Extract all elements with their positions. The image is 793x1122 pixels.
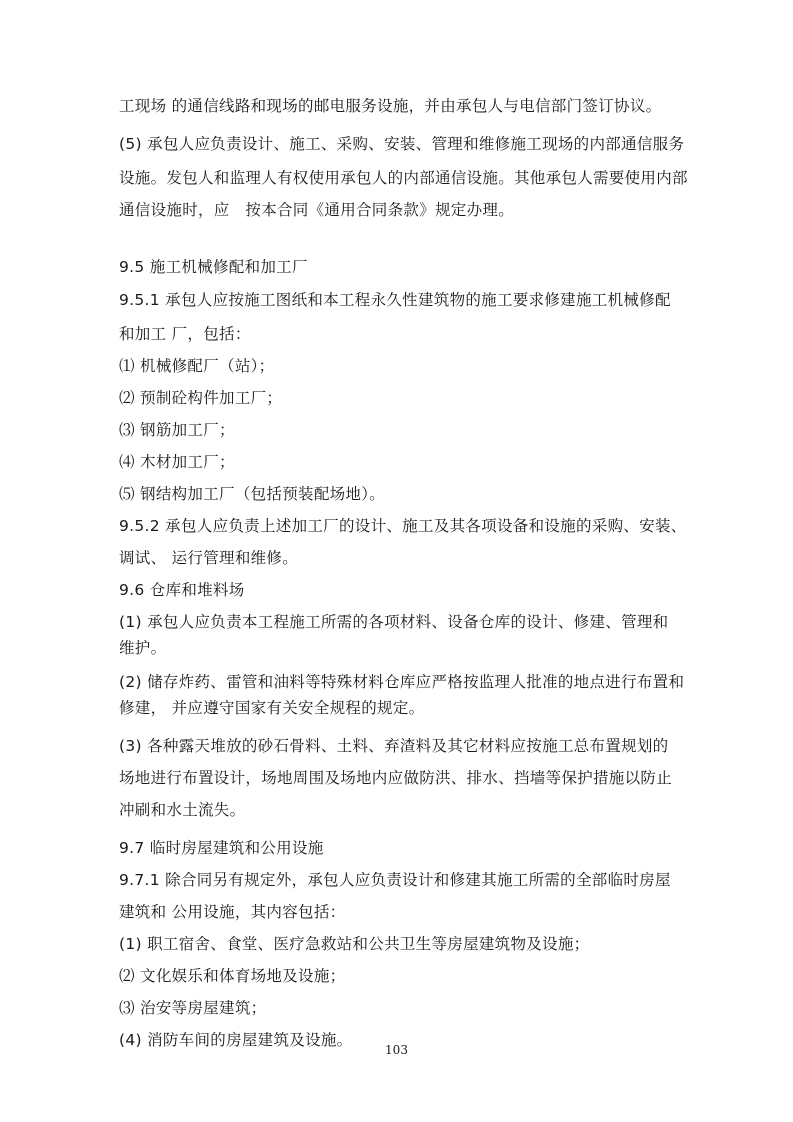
text-line: 9.7 临时房屋建筑和公用设施 bbox=[119, 838, 324, 858]
text-line: 通信设施时，应 按本合同《通用合同条款》规定办理。 bbox=[119, 200, 514, 220]
text-line: (3) 各种露天堆放的砂石骨料、土料、弃渣料及其它材料应按施工总布置规划的 bbox=[119, 736, 669, 756]
text-line: 设施。发包人和监理人有权使用承包人的内部通信设施。其他承包人需要使用内部 bbox=[119, 168, 688, 188]
text-line: ⑶ 钢筋加工厂； bbox=[119, 420, 235, 440]
text-line: ⑵ 预制砼构件加工厂； bbox=[119, 388, 282, 408]
text-line: (5) 承包人应负责设计、施工、采购、安装、管理和维修施工现场的内部通信服务 bbox=[119, 134, 684, 154]
text-line: 9.7.1 除合同另有规定外，承包人应负责设计和修建其施工所需的全部临时房屋 bbox=[119, 870, 671, 890]
text-line: (1) 职工宿舍、食堂、医疗急救站和公共卫生等房屋建筑物及设施； bbox=[119, 934, 590, 954]
page-number: 103 bbox=[0, 1043, 793, 1057]
text-line: ⑶ 治安等房屋建筑； bbox=[119, 998, 266, 1018]
text-line: (1) 承包人应负责本工程施工所需的各项材料、设备仓库的设计、修建、管理和 bbox=[119, 612, 669, 632]
text-line: ⑵ 文化娱乐和体育场地及设施； bbox=[119, 966, 345, 986]
text-line: 工现场 的通信线路和现场的邮电服务设施，并由承包人与电信部门签订协议。 bbox=[119, 96, 661, 116]
text-line: 9.5.1 承包人应按施工图纸和本工程永久性建筑物的施工要求修建施工机械修配 bbox=[119, 290, 671, 310]
text-line: 维护。 bbox=[119, 638, 166, 658]
text-line: 修建， 并应遵守国家有关安全规程的规定。 bbox=[119, 698, 424, 718]
text-line: 调试、 运行管理和维修。 bbox=[119, 548, 298, 568]
text-line: 和加工 厂，包括： bbox=[119, 324, 251, 344]
text-line: ⑸ 钢结构加工厂（包括预装配场地）。 bbox=[119, 484, 385, 504]
text-line: ⑴ 机械修配厂（站）； bbox=[119, 356, 274, 376]
text-line: 9.5.2 承包人应负责上述加工厂的设计、施工及其各项设备和设施的采购、安装、 bbox=[119, 516, 687, 536]
text-line: ⑷ 木材加工厂； bbox=[119, 452, 235, 472]
text-line: 冲刷和水土流失。 bbox=[119, 800, 245, 820]
text-line: (2) 储存炸药、雷管和油料等特殊材料仓库应严格按监理人批准的地点进行布置和 bbox=[119, 672, 684, 692]
text-line: 建筑和 公用设施，其内容包括： bbox=[119, 902, 345, 922]
text-line: 9.6 仓库和堆料场 bbox=[119, 580, 245, 600]
text-line: 9.5 施工机械修配和加工厂 bbox=[119, 257, 308, 277]
text-line: 场地进行布置设计，场地周围及场地内应做防洪、排水、挡墙等保护措施以防止 bbox=[119, 768, 672, 788]
